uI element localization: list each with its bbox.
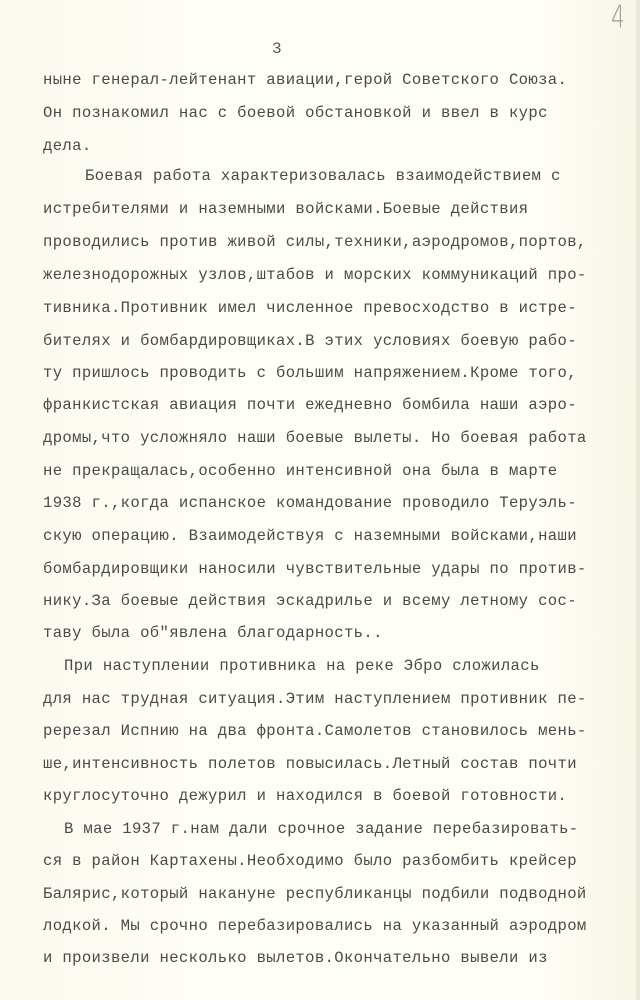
- typewritten-page: 4 3 ныне генерал-лейтенант авиации,герой…: [0, 0, 640, 1000]
- text-line: дела.: [43, 137, 92, 155]
- paragraph-start-line: При наступлении противника на реке Эбро …: [64, 657, 540, 675]
- text-line: дромы,что усложняло наши боевые вылеты. …: [43, 429, 587, 447]
- archive-sheet-number: 4: [611, 1, 625, 36]
- paper-edge: [636, 0, 640, 1000]
- text-line: истребителями и наземными войсками.Боевы…: [43, 200, 528, 218]
- text-line: нику.За боевые действия эскадрилье и все…: [43, 592, 577, 610]
- text-line: и произвели несколько вылетов.Окончатель…: [43, 949, 548, 967]
- text-line: таву была об"явлена благодарность..: [43, 624, 383, 642]
- text-line: ререзал Испнию на два фронта.Самолетов с…: [43, 722, 587, 740]
- text-line: тивника.Противник имел численное превосх…: [43, 299, 577, 317]
- text-line: скую операцию. Взаимодействуя с наземным…: [43, 527, 577, 545]
- text-line: железнодорожных узлов,штабов и морских к…: [43, 266, 587, 284]
- page-number: 3: [272, 40, 282, 58]
- text-line: ся в район Картахены.Необходимо было раз…: [43, 852, 577, 870]
- text-line: не прекращалась,особенно интенсивной она…: [43, 462, 558, 480]
- text-line: ныне генерал-лейтенант авиации,герой Сов…: [43, 71, 567, 89]
- text-line: проводились против живой силы,техники,аэ…: [43, 233, 587, 251]
- text-line: для нас трудная ситуация.Этим наступлени…: [43, 690, 587, 708]
- text-line: Он познакомил нас с боевой обстановкой и…: [43, 104, 548, 122]
- text-line: франкистская авиация почти ежедневно бом…: [43, 396, 577, 414]
- text-line: ше,интенсивность полетов повысилась.Летн…: [43, 755, 577, 773]
- text-line: ту пришлось проводить с большим напряжен…: [43, 364, 577, 382]
- text-line: бителях и бомбардировщиках.В этих услови…: [43, 332, 577, 350]
- text-line: лодкой. Мы срочно перебазировались на ук…: [43, 917, 587, 935]
- text-line: бомбардировщики наносили чувствительные …: [43, 560, 587, 578]
- paragraph-start-line: Боевая работа характеризовалась взаимоде…: [85, 167, 561, 185]
- paragraph-start-line: В мае 1937 г.нам дали срочное задание пе…: [64, 820, 579, 838]
- text-line: Балярис,который накануне республиканцы п…: [43, 885, 587, 903]
- text-line: круглосуточно дежурил и находился в боев…: [43, 787, 567, 805]
- text-line: 1938 г.,когда испанское командование про…: [43, 494, 577, 512]
